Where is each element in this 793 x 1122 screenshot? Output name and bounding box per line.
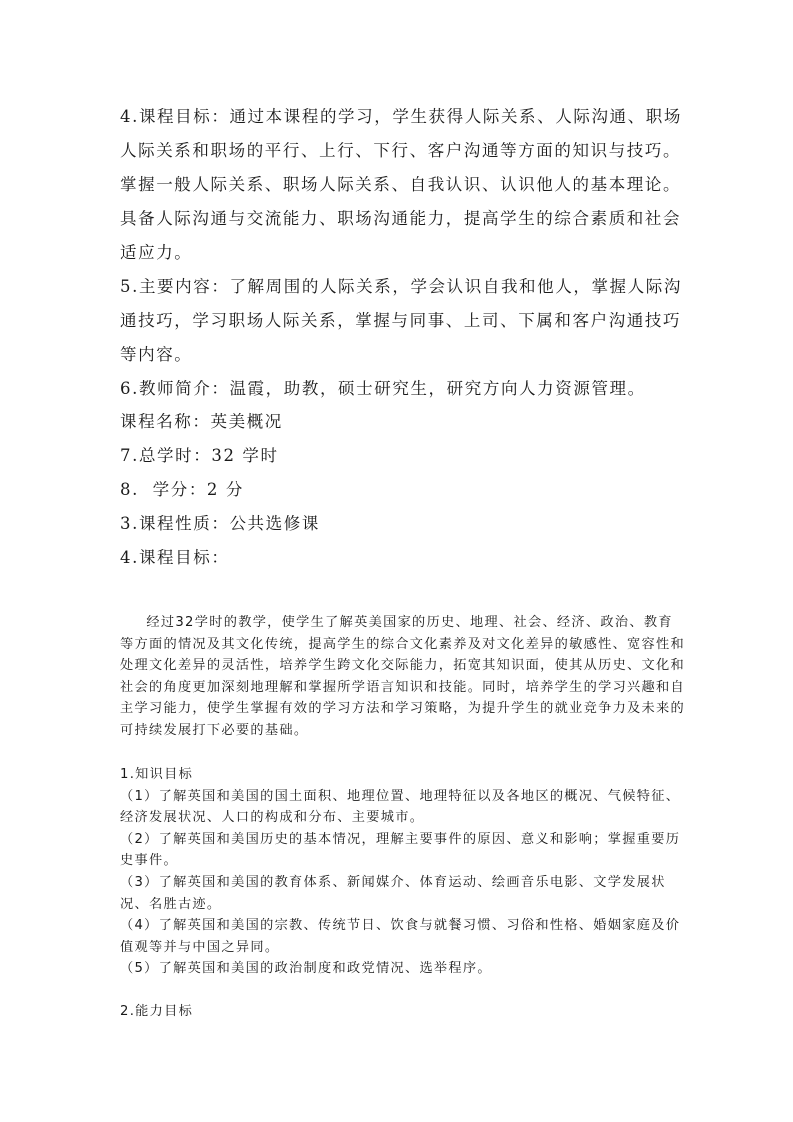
knowledge-goal-item: （2）了解英国和美国历史的基本情况，理解主要事件的原因、意义和影响；掌握重要历史… [120,829,685,872]
knowledge-goals-section: 1.知识目标 （1）了解英国和美国的国土面积、地理位置、地理特征以及各地区的概况… [120,764,685,1023]
knowledge-goal-item: （5）了解英国和美国的政治制度和政党情况、选举程序。 [120,958,685,980]
total-hours: 7.总学时：32 学时 [120,439,685,473]
spacer [120,980,685,1001]
course-goal-paragraph: 4.课程目标：通过本课程的学习，学生获得人际关系、人际沟通、职场人际关系和职场的… [120,100,685,270]
knowledge-goal-item: （1）了解英国和美国的国土面积、地理位置、地理特征以及各地区的概况、气候特征、经… [120,786,685,829]
teacher-intro-paragraph: 6.教师简介：温霞，助教，硕士研究生，研究方向人力资源管理。 [120,372,685,406]
main-content-paragraph: 5.主要内容：了解周围的人际关系，学会认识自我和他人，掌握人际沟通技巧，学习职场… [120,270,685,372]
course-name: 课程名称：英美概况 [120,405,685,439]
course-nature: 3.课程性质：公共选修课 [120,507,685,541]
document-page: 4.课程目标：通过本课程的学习，学生获得人际关系、人际沟通、职场人际关系和职场的… [0,0,793,1122]
credits: 8. 学分：2 分 [120,473,685,507]
knowledge-goal-item: （3）了解英国和美国的教育体系、新闻媒介、体育运动、绘画音乐电影、文学发展状况、… [120,872,685,915]
course-goals-heading: 4.课程目标： [120,541,685,575]
goals-paragraph: 经过32学时的教学，使学生了解英美国家的历史、地理、社会、经济、政治、教育等方面… [120,612,685,742]
goals-section: 经过32学时的教学，使学生了解英美国家的历史、地理、社会、经济、政治、教育等方面… [120,612,685,742]
previous-course-section: 4.课程目标：通过本课程的学习，学生获得人际关系、人际沟通、职场人际关系和职场的… [120,100,685,406]
knowledge-goal-item: （4）了解英国和美国的宗教、传统节日、饮食与就餐习惯、习俗和性格、婚姻家庭及价值… [120,915,685,958]
course-info-section: 课程名称：英美概况 7.总学时：32 学时 8. 学分：2 分 3.课程性质：公… [120,405,685,575]
ability-goals-heading: 2.能力目标 [120,1001,685,1023]
knowledge-goals-heading: 1.知识目标 [120,764,685,786]
